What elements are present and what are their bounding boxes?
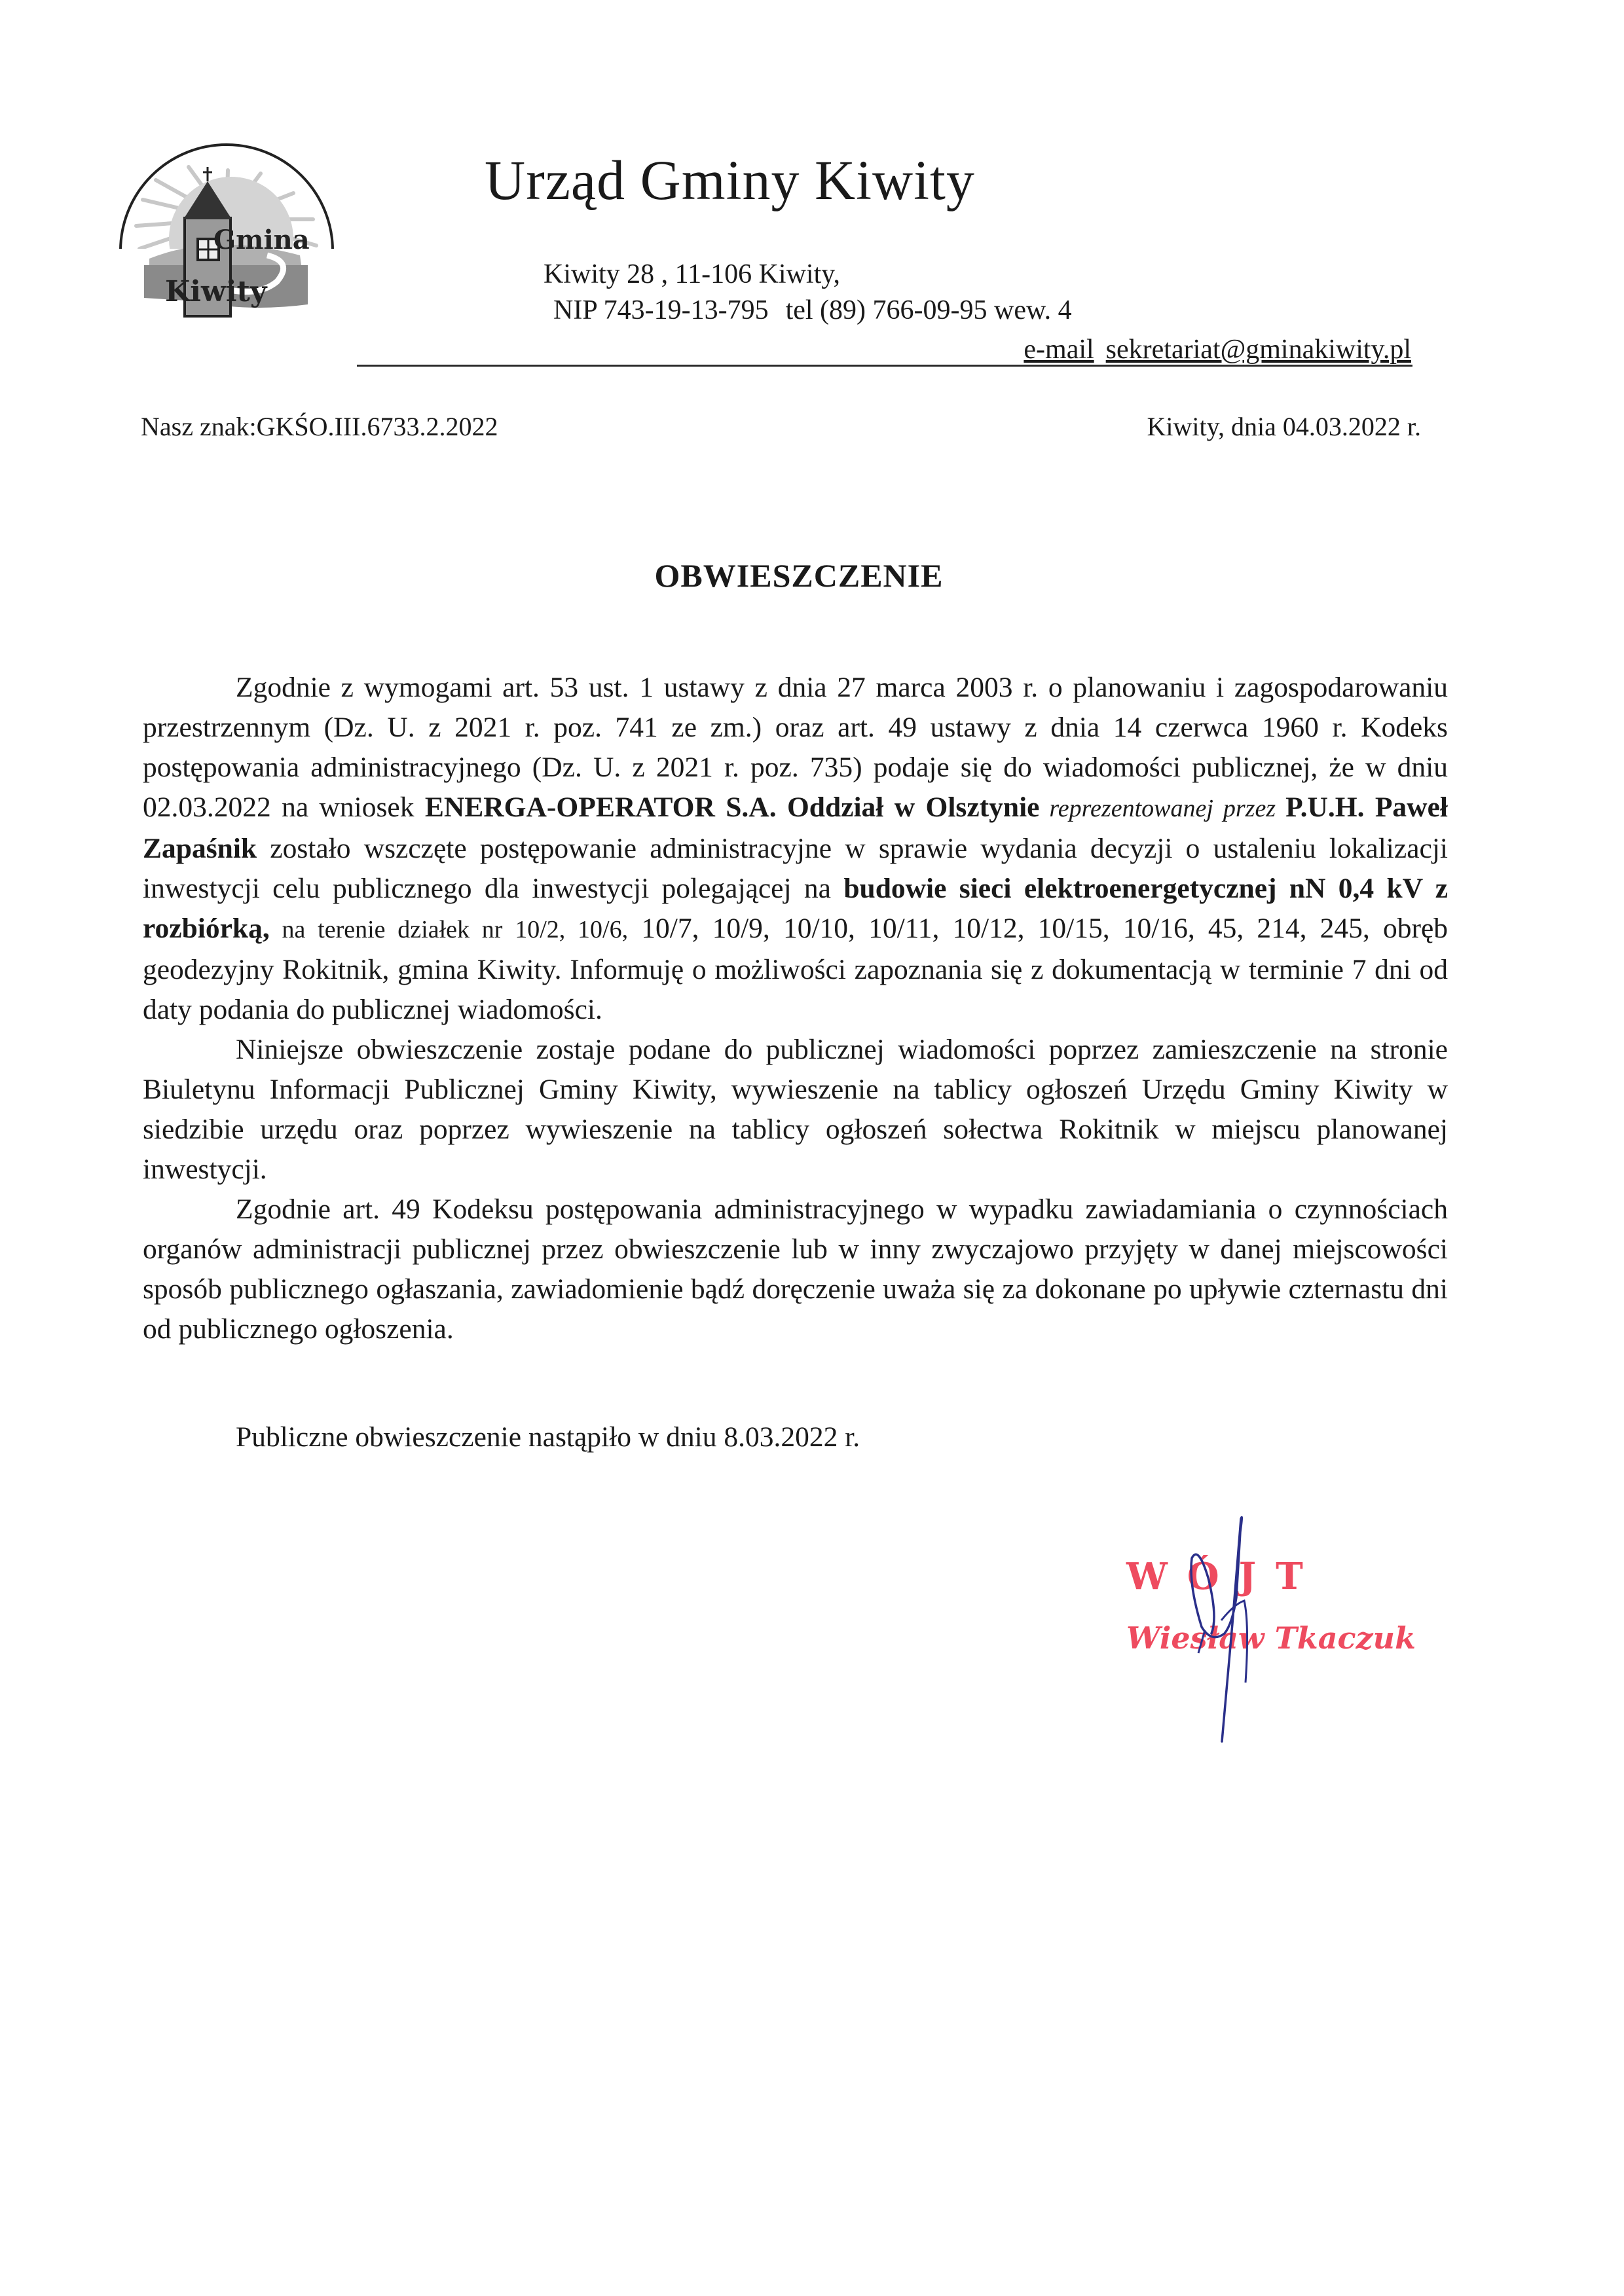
paragraph-1: Zgodnie z wymogami art. 53 ust. 1 ustawy… — [143, 668, 1448, 1030]
email-link[interactable]: sekretariat@gminakiwity.pl — [1106, 335, 1411, 365]
publication-date-note: Publiczne obwieszczenie nastąpiło w dniu… — [236, 1421, 860, 1453]
header-divider — [357, 365, 1412, 367]
paragraph-3: Zgodnie art. 49 Kodeksu postępowania adm… — [143, 1190, 1448, 1349]
phone-number: tel (89) 766-09-95 wew. 4 — [786, 295, 1072, 325]
document-date: Kiwity, dnia 04.03.2022 r. — [1147, 411, 1422, 442]
document-body: Zgodnie z wymogami art. 53 ust. 1 ustawy… — [143, 668, 1448, 1349]
document-page: Gmina Kiwity Urząd Gminy Kiwity Kiwity 2… — [0, 0, 1624, 2296]
address-line: Kiwity 28 , 11-106 Kiwity, — [544, 259, 840, 290]
paragraph-1-text-c: na terenie działek nr 10/2, 10/6, — [270, 916, 628, 943]
logo-text-kiwity: Kiwity — [165, 275, 268, 308]
nip-number: NIP 743-19-13-795 — [553, 295, 769, 325]
gmina-kiwity-emblem-icon: Gmina Kiwity — [117, 141, 337, 361]
document-title: OBWIESZCZENIE — [0, 556, 1598, 594]
email-line: e-mailsekretariat@gminakiwity.pl — [1024, 334, 1411, 365]
contact-line: NIP 743-19-13-795tel (89) 766-09-95 wew.… — [553, 295, 1072, 326]
paragraph-2: Niniejsze obwieszczenie zostaje podane d… — [143, 1030, 1448, 1190]
signature-stamp: WÓJT Wiesław Tkaczuk — [1080, 1493, 1473, 1768]
email-label: e-mail — [1024, 335, 1094, 365]
handwritten-signature-icon — [1080, 1493, 1473, 1768]
organization-name: Urząd Gminy Kiwity — [485, 147, 975, 213]
represented-by-label: reprezentowanej przez — [1039, 795, 1285, 822]
reference-number: Nasz znak:GKŚO.III.6733.2.2022 — [141, 411, 498, 442]
applicant-name: ENERGA-OPERATOR S.A. Oddział w Olsztynie — [425, 792, 1040, 823]
logo-text-gmina: Gmina — [213, 225, 310, 255]
